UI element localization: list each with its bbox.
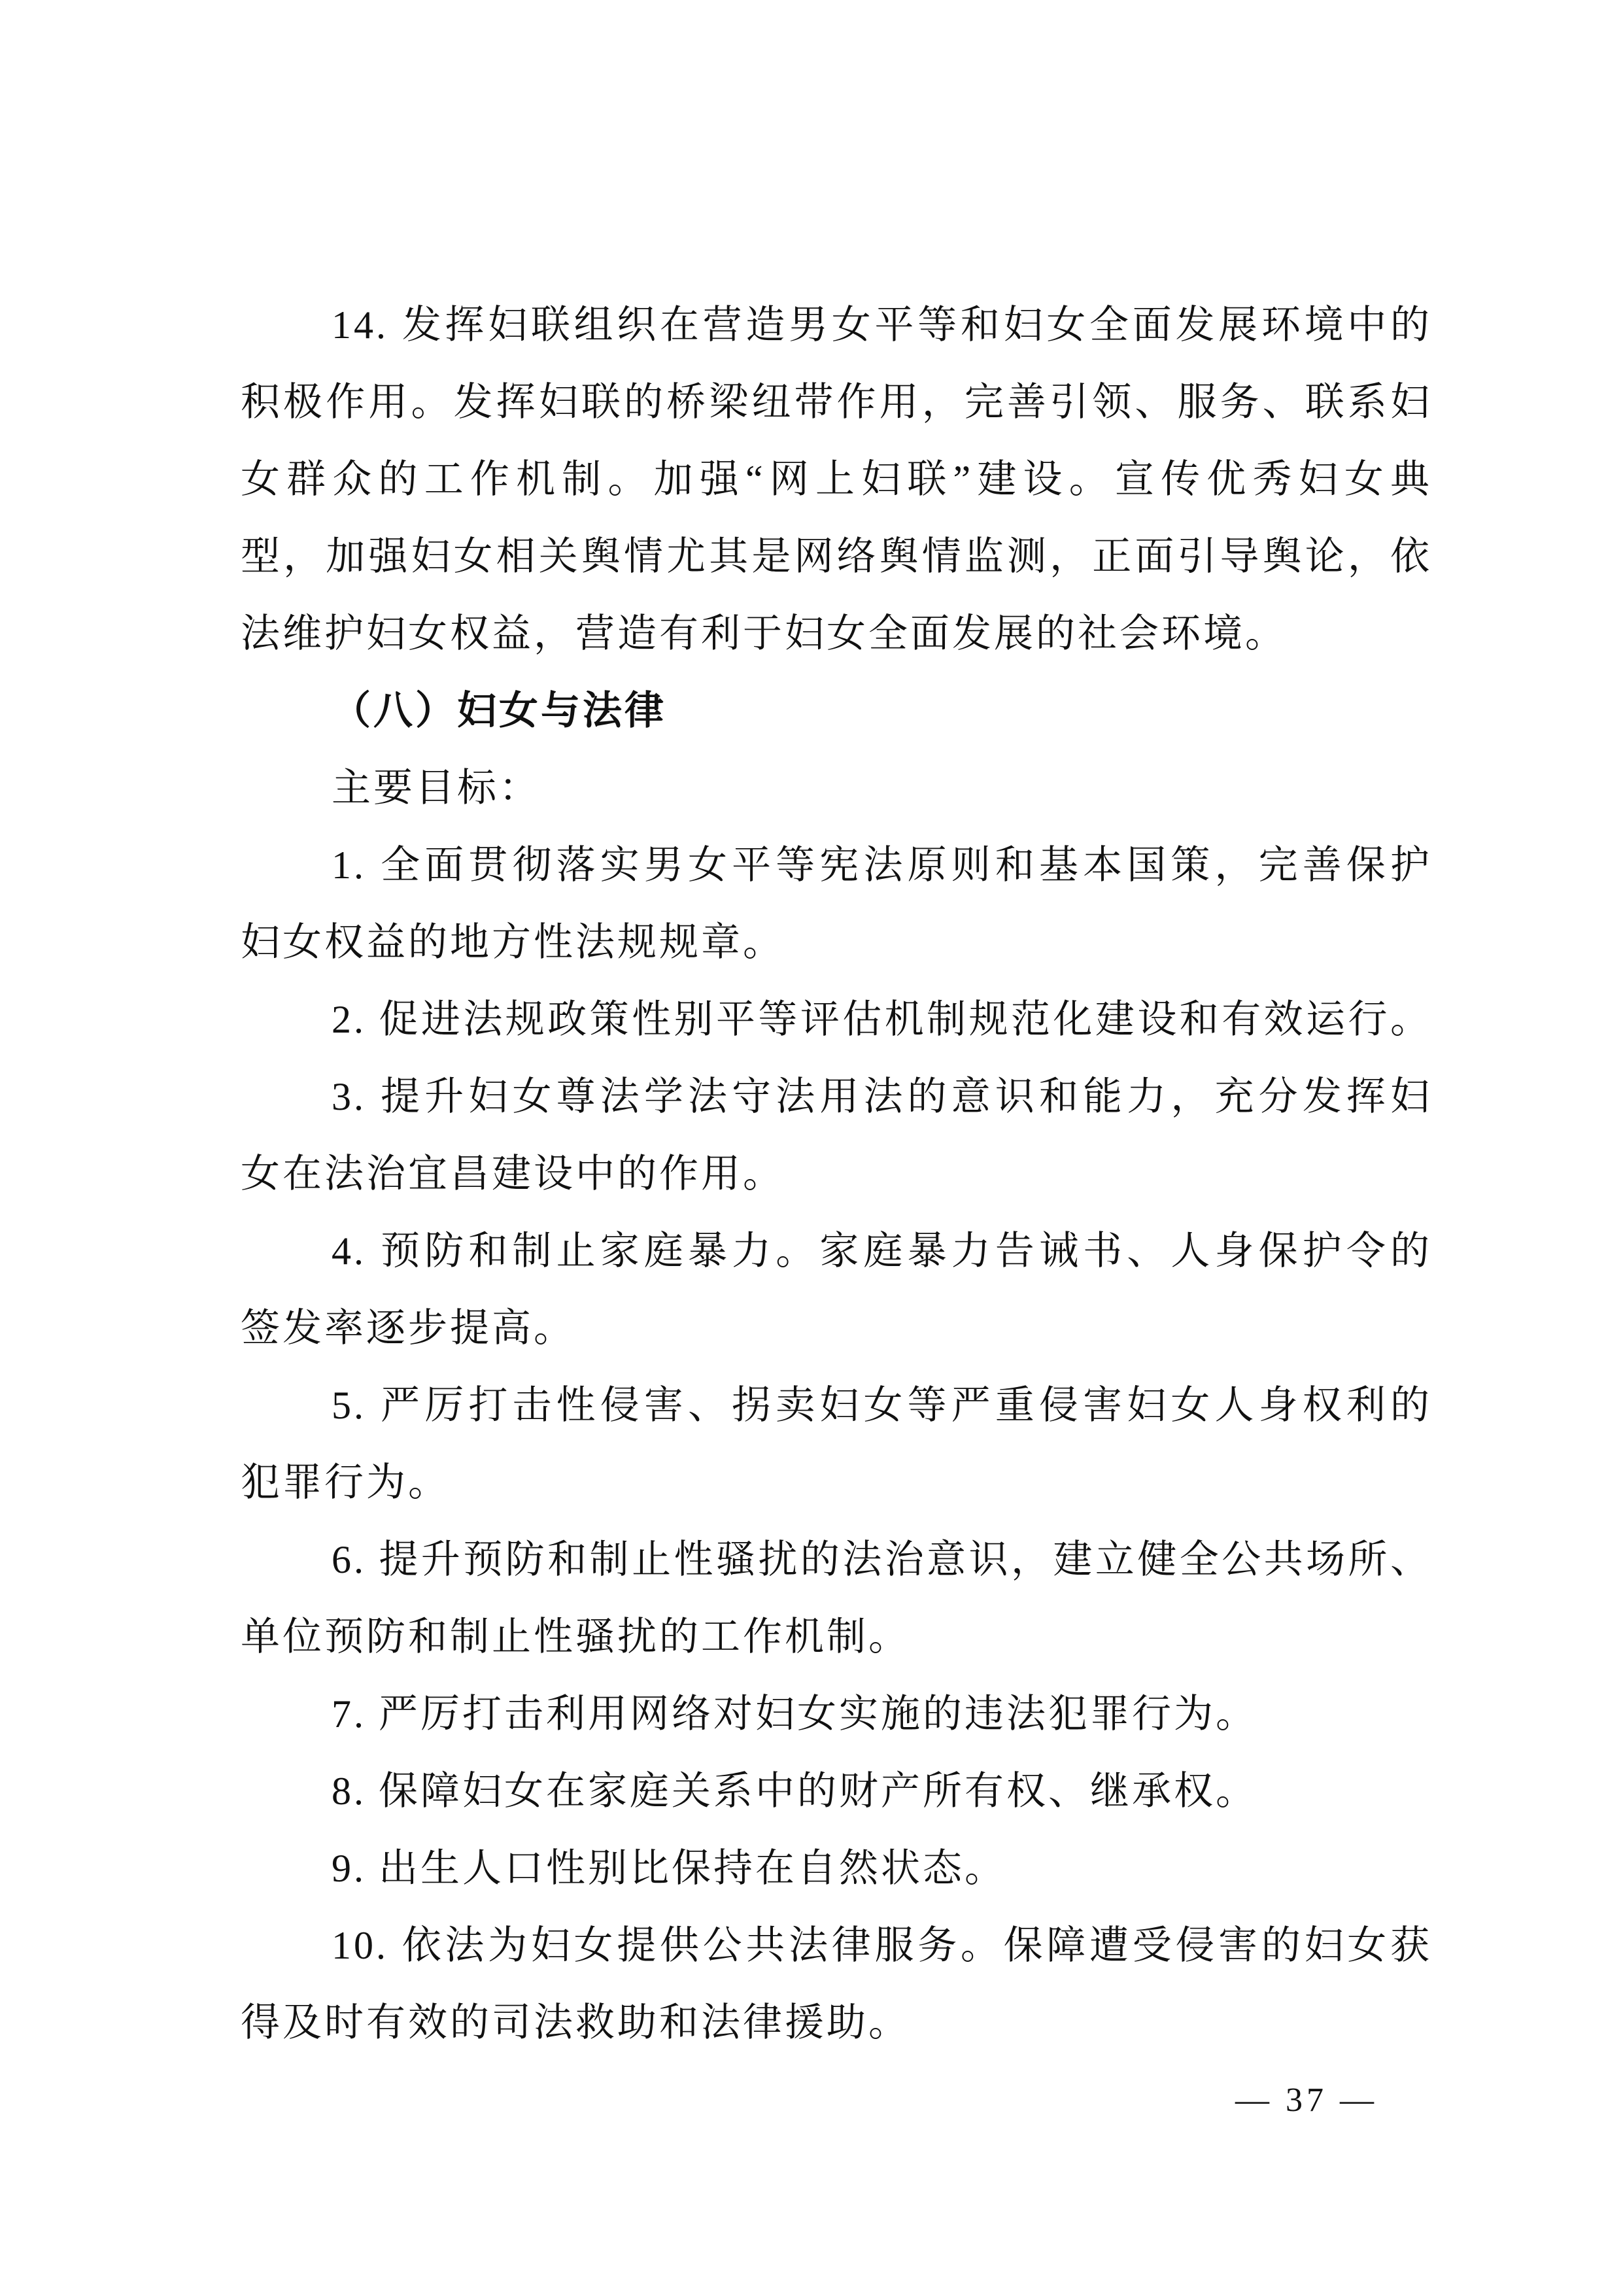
paragraph-14-line-5: 法维护妇女权益，营造有利于妇女全面发展的社会环境。 [241, 595, 1432, 672]
section-8-heading: （八）妇女与法律 [241, 672, 1432, 749]
goal-8-line-1: 8. 保障妇女在家庭关系中的财产所有权、继承权。 [241, 1753, 1432, 1830]
document-page: 14. 发挥妇联组织在营造男女平等和妇女全面发展环境中的积极作用。发挥妇联的桥梁… [0, 0, 1623, 2296]
goal-6-line-1: 6. 提升预防和制止性骚扰的法治意识，建立健全公共场所、 [241, 1521, 1432, 1598]
paragraph-14-line-2: 积极作用。发挥妇联的桥梁纽带作用，完善引领、服务、联系妇 [241, 364, 1432, 441]
paragraph-14-line-1: 14. 发挥妇联组织在营造男女平等和妇女全面发展环境中的 [241, 286, 1432, 364]
main-goals-label: 主要目标： [241, 749, 1432, 827]
goal-4-line-2: 签发率逐步提高。 [241, 1290, 1432, 1367]
page-number: — 37 — [1235, 2074, 1378, 2127]
text-block: 14. 发挥妇联组织在营造男女平等和妇女全面发展环境中的积极作用。发挥妇联的桥梁… [241, 286, 1432, 2061]
goal-10-line-2: 得及时有效的司法救助和法律援助。 [241, 1984, 1432, 2061]
goal-10-line-1: 10. 依法为妇女提供公共法律服务。保障遭受侵害的妇女获 [241, 1907, 1432, 1984]
goal-3-line-2: 女在法治宜昌建设中的作用。 [241, 1135, 1432, 1212]
paragraph-14-line-3: 女群众的工作机制。加强“网上妇联”建设。宣传优秀妇女典 [241, 441, 1432, 518]
goal-1-line-2: 妇女权益的地方性法规规章。 [241, 904, 1432, 981]
paragraph-14-line-4: 型，加强妇女相关舆情尤其是网络舆情监测，正面引导舆论，依 [241, 518, 1432, 595]
goal-2-line-1: 2. 促进法规政策性别平等评估机制规范化建设和有效运行。 [241, 981, 1432, 1058]
goal-5-line-2: 犯罪行为。 [241, 1444, 1432, 1521]
goal-6-line-2: 单位预防和制止性骚扰的工作机制。 [241, 1598, 1432, 1675]
goal-7-line-1: 7. 严厉打击利用网络对妇女实施的违法犯罪行为。 [241, 1675, 1432, 1753]
goal-9-line-1: 9. 出生人口性别比保持在自然状态。 [241, 1830, 1432, 1907]
goal-3-line-1: 3. 提升妇女尊法学法守法用法的意识和能力，充分发挥妇 [241, 1058, 1432, 1135]
goal-4-line-1: 4. 预防和制止家庭暴力。家庭暴力告诫书、人身保护令的 [241, 1212, 1432, 1290]
goal-5-line-1: 5. 严厉打击性侵害、拐卖妇女等严重侵害妇女人身权利的 [241, 1367, 1432, 1444]
goal-1-line-1: 1. 全面贯彻落实男女平等宪法原则和基本国策，完善保护 [241, 827, 1432, 904]
